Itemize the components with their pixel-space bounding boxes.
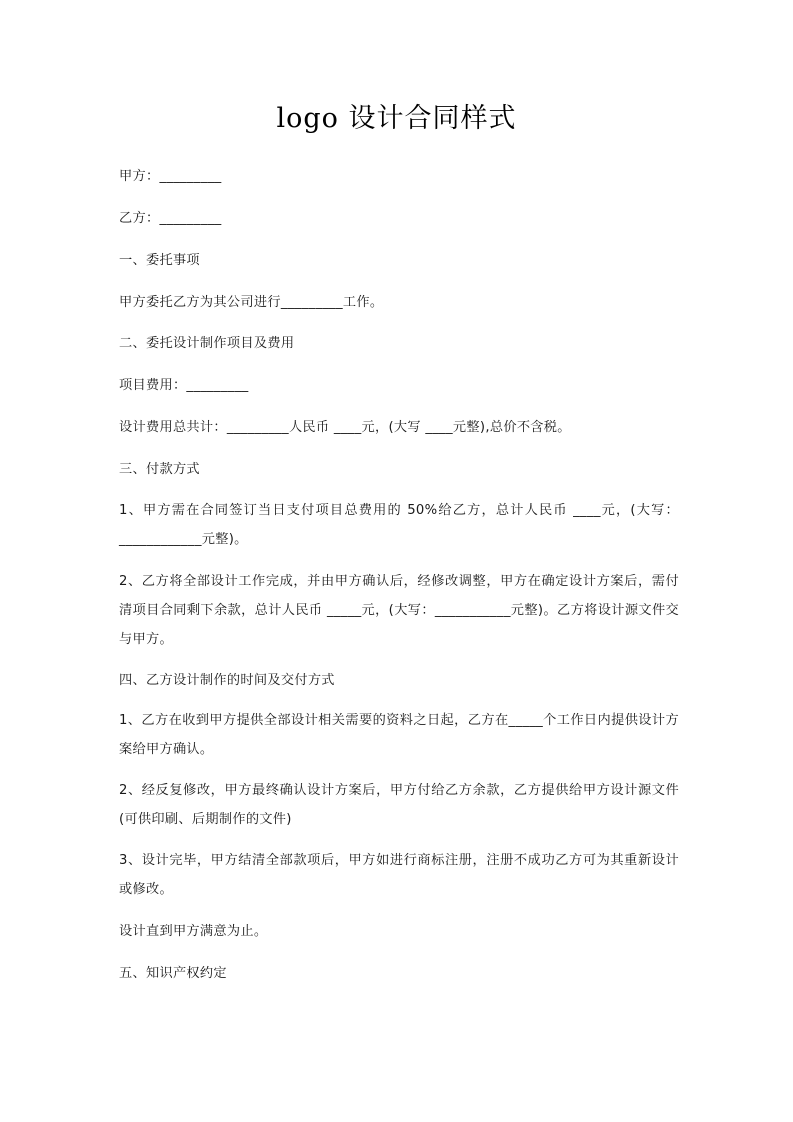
delivery-clause-3: 3、设计完毕，甲方结清全部款项后，甲方如进行商标注册，注册不成功乙方可为其重新设… bbox=[119, 846, 679, 904]
delivery-clause-2: 2、经反复修改，甲方最终确认设计方案后，甲方付给乙方余款，乙方提供给甲方设计源文… bbox=[119, 776, 679, 834]
section-2-heading: 二、委托设计制作项目及费用 bbox=[119, 329, 679, 358]
satisfaction-line: 设计直到甲方满意为止。 bbox=[119, 917, 679, 946]
project-fee-line: 项目费用：_________ bbox=[119, 371, 679, 400]
delivery-clause-1: 1、乙方在收到甲方提供全部设计相关需要的资料之日起，乙方在_____个工作日内提… bbox=[119, 706, 679, 764]
section-4-heading: 四、乙方设计制作的时间及交付方式 bbox=[119, 666, 679, 695]
section-3-heading: 三、付款方式 bbox=[119, 455, 679, 484]
payment-clause-1: 1、甲方需在合同签订当日支付项目总费用的 50%给乙方，总计人民币 ____元，… bbox=[119, 496, 679, 554]
party-a-line: 甲方：_________ bbox=[119, 162, 679, 191]
section-1-heading: 一、委托事项 bbox=[119, 246, 679, 275]
document-title: logo 设计合同样式 bbox=[0, 96, 793, 135]
section-5-heading: 五、知识产权约定 bbox=[119, 959, 679, 988]
payment-clause-2: 2、乙方将全部设计工作完成，并由甲方确认后，经修改调整，甲方在确定设计方案后，需… bbox=[119, 567, 679, 654]
document-page: logo 设计合同样式 甲方：_________ 乙方：_________ 一、… bbox=[0, 0, 793, 1122]
section-1-body: 甲方委托乙方为其公司进行_________工作。 bbox=[119, 288, 679, 317]
party-b-line: 乙方：_________ bbox=[119, 204, 679, 233]
total-fee-line: 设计费用总共计：_________人民币 ____元，(大写 ____元整),总… bbox=[119, 413, 679, 442]
